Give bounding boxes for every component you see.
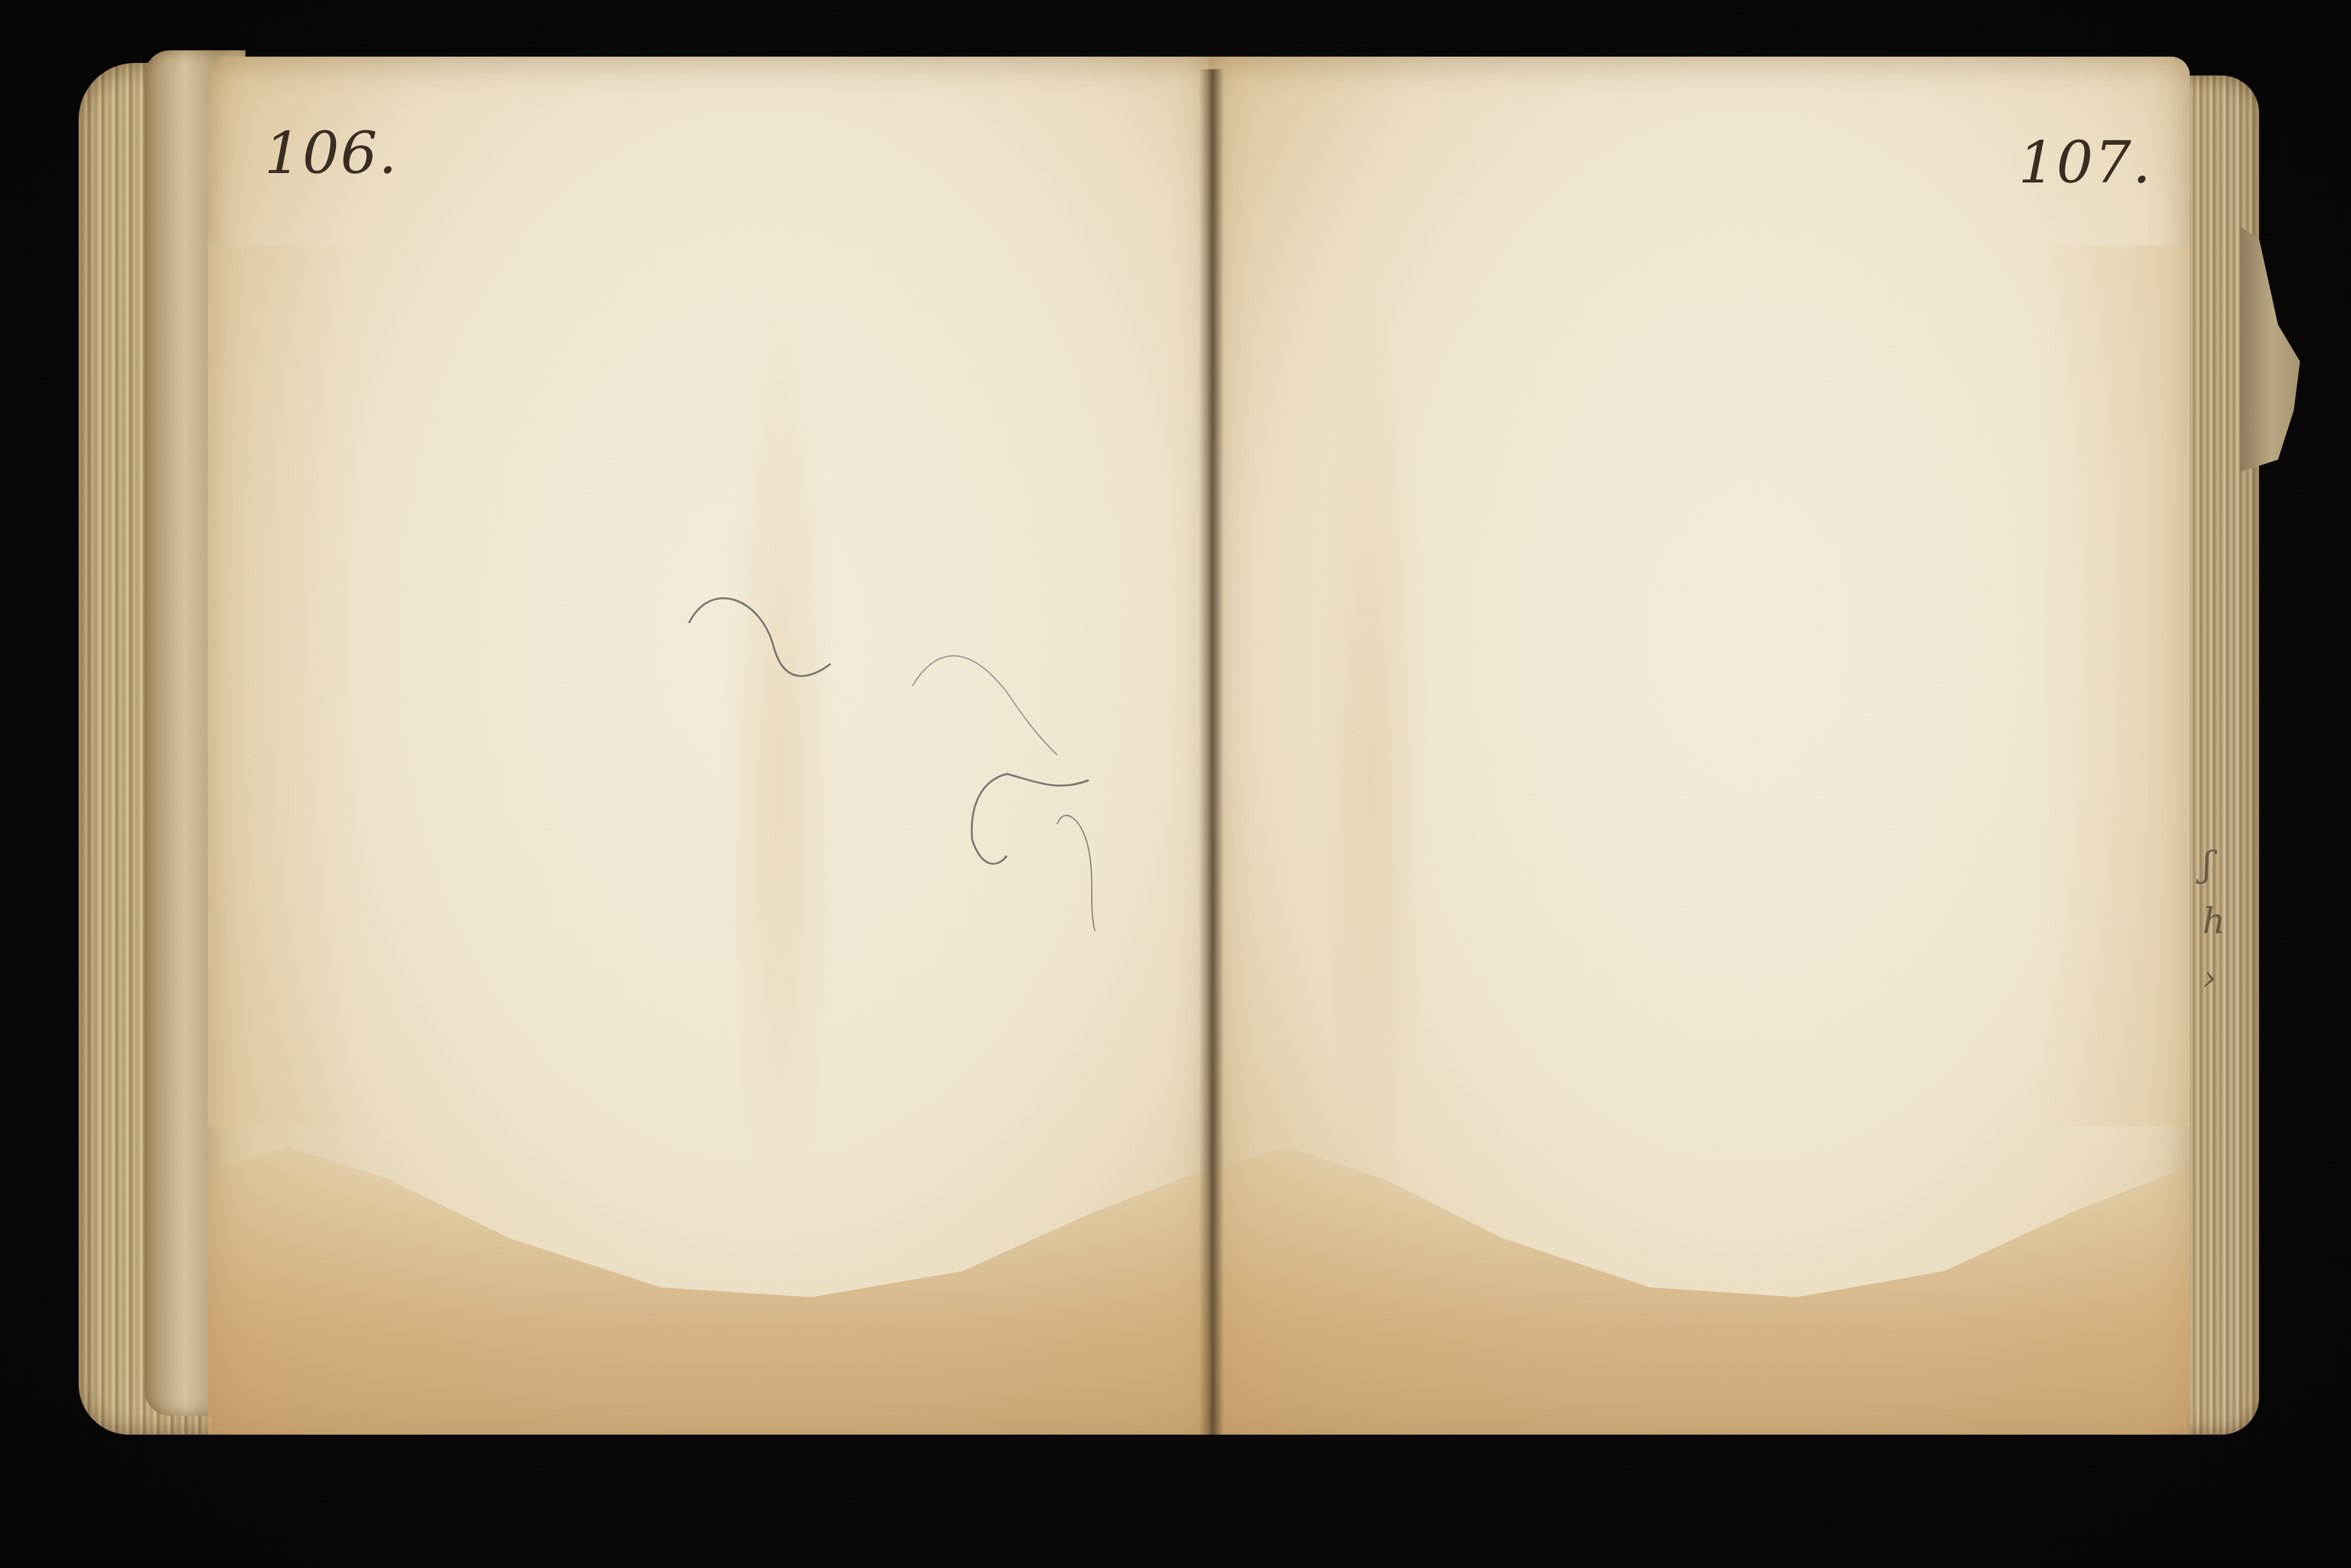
page-number-left: 106.	[264, 120, 398, 187]
water-stain-bottom	[208, 1107, 1215, 1435]
water-stain-left-margin	[208, 245, 359, 1126]
right-page: 107.	[1208, 57, 2190, 1435]
water-stain-right-margin	[2039, 245, 2190, 1126]
margin-faded-marks: ʃh›	[2202, 837, 2225, 1007]
water-stain-center	[1315, 296, 1428, 1240]
left-page: 106.	[208, 57, 1215, 1435]
book-gutter	[1199, 69, 1224, 1435]
water-stain-center	[724, 296, 837, 1240]
page-number-right: 107.	[2018, 129, 2152, 196]
